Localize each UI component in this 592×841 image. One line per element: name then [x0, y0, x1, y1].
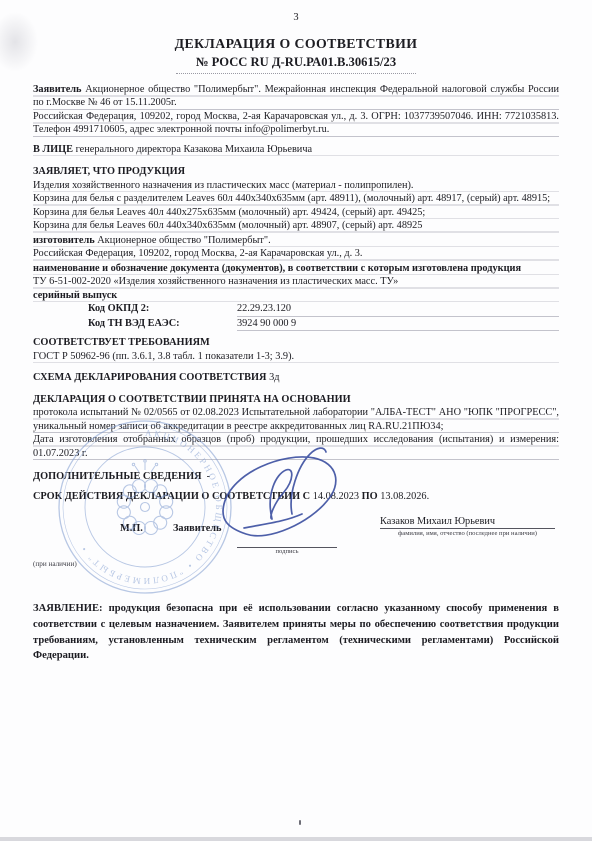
serial-production: серийный выпуск: [33, 289, 559, 303]
signature-caption: подпись: [237, 548, 337, 555]
signatory-name-block: Казаков Михаил Юрьевич фамилия, имя, отч…: [380, 516, 555, 537]
scheme-paragraph: СХЕМА ДЕКЛАРИРОВАНИЯ СООТВЕТСТВИЯ 3д: [33, 371, 559, 385]
mp-note: (при наличии): [33, 560, 77, 568]
declares-heading: ЗАЯВЛЯЕТ, ЧТО ПРОДУКЦИЯ: [33, 165, 559, 179]
signature-applicant-label: Заявитель: [173, 523, 222, 534]
okpd-label: Код ОКПД 2:: [33, 302, 237, 317]
tnved-value: 3924 90 000 9: [237, 317, 559, 332]
okpd-value: 22.29.23.120: [237, 302, 559, 317]
basis-protocol: протокола испытаний № 02/0565 от 02.08.2…: [33, 406, 559, 433]
signature-row: М.П. Заявитель (при наличии) подпись Каз…: [33, 513, 559, 587]
statement-paragraph: ЗАЯВЛЕНИЕ: продукция безопасна при её ис…: [33, 601, 559, 663]
tnved-label: Код ТН ВЭД ЕАЭС:: [33, 317, 237, 332]
document-number: № РОСС RU Д-RU.РА01.В.30615/23: [176, 55, 416, 74]
manufacturer-text: Акционерное общество "Полимербыт".: [97, 235, 270, 246]
doc-basis-text: ТУ 6-51-002-2020 «Изделия хозяйственного…: [33, 275, 559, 289]
validity-po: ПО: [362, 491, 378, 502]
in-person-paragraph: В ЛИЦЕ генерального директора Казакова М…: [33, 143, 559, 157]
doc-basis-label: наименование и обозначение документа (до…: [33, 262, 559, 276]
validity-line: СРОК ДЕЙСТВИЯ ДЕКЛАРАЦИИ О СООТВЕТСТВИИ …: [33, 490, 559, 504]
product-line: Изделия хозяйственного назначения из пла…: [33, 179, 559, 193]
product-line: Корзина для белья Leaves 40л 440х275х635…: [33, 206, 559, 220]
document-header: ДЕКЛАРАЦИЯ О СООТВЕТСТВИИ № РОСС RU Д-RU…: [33, 35, 559, 74]
statement-text: продукция безопасна при её использовании…: [33, 603, 559, 661]
signatory-name: Казаков Михаил Юрьевич: [380, 516, 555, 529]
page-number: 3: [33, 12, 559, 23]
in-person-text: генерального директора Казакова Михаила …: [76, 144, 312, 155]
signatory-name-caption: фамилия, имя, отчество (последнее при на…: [380, 530, 555, 537]
signature-line-block: подпись: [237, 521, 337, 555]
product-line: Корзина для белья с разделителем Leaves …: [33, 192, 559, 206]
scheme-value: 3д: [269, 372, 279, 383]
applicant-text: Акционерное общество "Полимербыт". Межра…: [33, 84, 559, 109]
basis-heading: ДЕКЛАРАЦИЯ О СООТВЕТСТВИИ ПРИНЯТА НА ОСН…: [33, 393, 559, 407]
page-edge-shadow: [0, 837, 592, 841]
in-person-label: В ЛИЦЕ: [33, 144, 73, 155]
conforms-heading: СООТВЕТСТВУЕТ ТРЕБОВАНИЯМ: [33, 336, 559, 350]
scan-artifact: [299, 820, 301, 825]
additional-label: ДОПОЛНИТЕЛЬНЫЕ СВЕДЕНИЯ: [33, 471, 202, 482]
validity-to: 13.08.2026.: [380, 491, 429, 502]
document-title: ДЕКЛАРАЦИЯ О СООТВЕТСТВИИ: [33, 35, 559, 52]
applicant-paragraph: Заявитель Акционерное общество "Полимерб…: [33, 83, 559, 110]
manufacturer-label: изготовитель: [33, 235, 95, 246]
validity-from: 14.08.2023: [313, 491, 359, 502]
applicant-address: Российская Федерация, 109202, город Моск…: [33, 110, 559, 137]
product-line: Корзина для белья Leaves 60л 440х340х635…: [33, 219, 559, 233]
validity-prefix: СРОК ДЕЙСТВИЯ ДЕКЛАРАЦИИ О СООТВЕТСТВИИ …: [33, 491, 310, 502]
statement-label: ЗАЯВЛЕНИЕ:: [33, 603, 103, 614]
document-content: 3 ДЕКЛАРАЦИЯ О СООТВЕТСТВИИ № РОСС RU Д-…: [0, 0, 592, 664]
signature-line: [237, 521, 337, 548]
tnved-row: Код ТН ВЭД ЕАЭС: 3924 90 000 9: [33, 317, 559, 332]
scan-smudge: [0, 12, 38, 72]
manufacturer-paragraph: изготовитель Акционерное общество "Полим…: [33, 234, 559, 248]
document-page: 3 ДЕКЛАРАЦИЯ О СООТВЕТСТВИИ № РОСС RU Д-…: [0, 0, 592, 841]
okpd-row: Код ОКПД 2: 22.29.23.120: [33, 302, 559, 317]
scheme-label: СХЕМА ДЕКЛАРИРОВАНИЯ СООТВЕТСТВИЯ: [33, 372, 267, 383]
mp-label: М.П.: [120, 523, 143, 534]
manufacturer-address: Российская Федерация, 109202, город Моск…: [33, 247, 559, 261]
additional-value: -: [207, 471, 210, 482]
basis-date: Дата изготовления отобранных образцов (п…: [33, 433, 559, 460]
additional-info: ДОПОЛНИТЕЛЬНЫЕ СВЕДЕНИЯ -: [33, 470, 559, 484]
conforms-text: ГОСТ Р 50962-96 (пп. 3.6.1, 3.8 табл. 1 …: [33, 350, 559, 364]
applicant-label: Заявитель: [33, 84, 82, 95]
